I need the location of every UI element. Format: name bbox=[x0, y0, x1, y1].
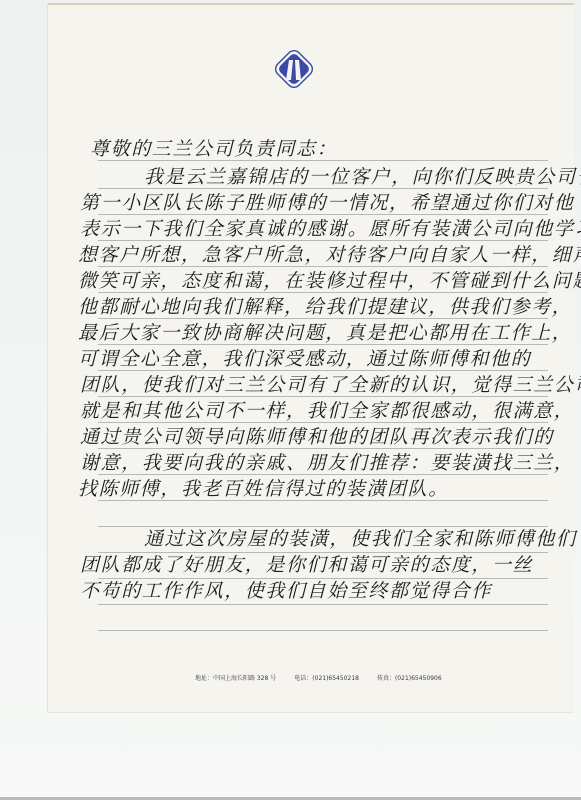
letter-line: 他都耐心地向我们解释，给我们提建议，供我们参考， bbox=[78, 294, 538, 320]
ruled-line bbox=[98, 630, 548, 631]
letter-line: 团队都成了好朋友，是你们和蔼可亲的态度，一丝 bbox=[80, 552, 540, 578]
letter-line: 就是和其他公司不一样，我们全家都很感动，很满意， bbox=[80, 398, 540, 424]
letter-line: 可谓全心全意，我们深受感动，通过陈师傅和他的 bbox=[78, 346, 538, 372]
letter-line: 不苟的工作作风，使我们自始至终都觉得合作 bbox=[80, 578, 540, 604]
letter-line: 团队，使我们对三兰公司有了全新的认识，觉得三兰公司 bbox=[80, 372, 540, 398]
footer-phone: 电话：(021)65450218 bbox=[294, 673, 359, 682]
letter-line: 谢意，我要向我的亲戚、朋友们推荐：要装潢找三兰， bbox=[80, 450, 540, 476]
letter-line: 通过贵公司领导向陈师傅和他的团队再次表示我们的 bbox=[80, 424, 540, 450]
letter-line: 我是云兰嘉锦店的一位客户，向你们反映贵公司普陀店 bbox=[98, 164, 581, 190]
letter-line: 最后大家一致协商解决问题，真是把心都用在工作上， bbox=[78, 320, 538, 346]
letter-line: 想客户所想，急客户所急，对待客户向自家人一样，细声慢语 bbox=[78, 242, 538, 268]
letter-body: 尊敬的三兰公司负责同志： 我是云兰嘉锦店的一位客户，向你们反映贵公司普陀店 第一… bbox=[98, 0, 548, 700]
footer-address: 地址：中国上海长阳路 328 号 bbox=[195, 673, 276, 682]
letter-line: 第一小区队长陈子胜师傅的一情况，希望通过你们对他 bbox=[80, 190, 540, 216]
letter-line: 表示一下我们全家真诚的感谢。愿所有装潢公司向他学习， bbox=[80, 216, 540, 242]
ruled-line bbox=[98, 604, 548, 605]
letter-line: 通过这次房屋的装潢，使我们全家和陈师傅他们 bbox=[98, 526, 581, 552]
letter-line: 找陈师傅，我老百姓信得过的装潢团队。 bbox=[78, 476, 538, 502]
footer-fax: 传真：(021)65450906 bbox=[377, 673, 442, 682]
letter-line: 微笑可亲，态度和蔼，在装修过程中，不管碰到什么问题， bbox=[78, 268, 538, 294]
letter-salutation: 尊敬的三兰公司负责同志： bbox=[90, 136, 550, 162]
letterhead-footer: 地址：中国上海长阳路 328 号 电话：(021)65450218 传真：(02… bbox=[195, 673, 525, 682]
